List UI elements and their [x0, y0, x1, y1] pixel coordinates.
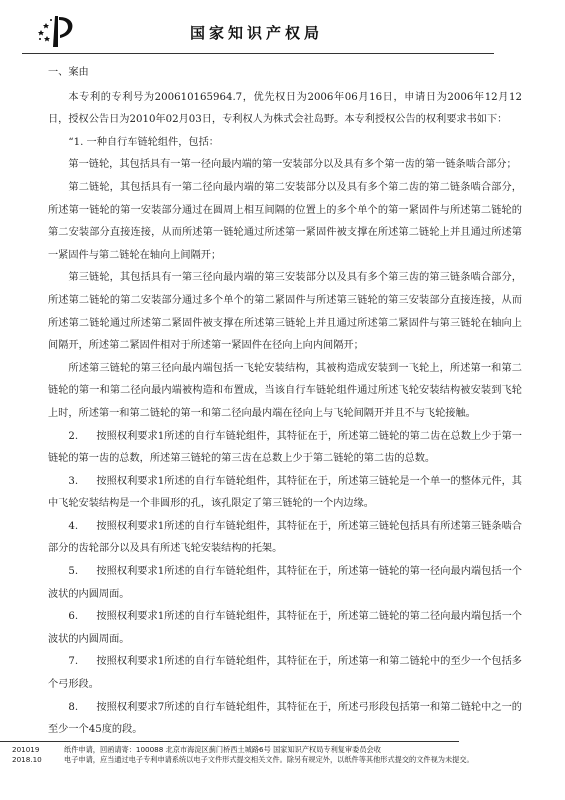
footer-row-electronic: 2018.10 电子申请，应当通过电子专利申请系统以电子文件形式提交相关文件。除…: [12, 755, 557, 765]
claim-3: 3.按照权利要求1所述的自行车链轮组件，其特征在于，所述第三链轮是一个单一的整体…: [48, 471, 522, 516]
claim-5: 5.按照权利要求1所述的自行车链轮组件，其特征在于，所述第一链轮的第一径向最内端…: [48, 561, 522, 606]
claim-text: 按照权利要求1所述的自行车链轮组件，其特征在于，所述第二链轮的第二径向最内端包括…: [48, 611, 522, 645]
intro-paragraph: 本专利的专利号为200610165964.7，优先权日为2006年06月16日，…: [48, 87, 522, 132]
page-header: 国家知识产权局: [0, 0, 565, 56]
claim-1-element-d: 所述第三链轮的第三径向最内端包括一飞轮安装结构，其被构造成安装到一飞轮上，所述第…: [48, 358, 522, 426]
claim-number: 4.: [68, 516, 96, 539]
claim-1-element-b: 第二链轮，其包括具有一第二径向最内端的第二安装部分以及具有多个第二齿的第二链条啮…: [48, 177, 522, 267]
section-heading: 一、案由: [48, 62, 522, 85]
footer-divider: [0, 741, 459, 742]
claim-number: 3.: [68, 471, 96, 494]
claim-text: 按照权利要求1所述的自行车链轮组件，其特征在于，所述第三链轮包括具有所述第三链条…: [48, 521, 522, 555]
claim-number: 2.: [68, 426, 96, 449]
claim-text: 按照权利要求1所述的自行车链轮组件，其特征在于，所述第一链轮的第一径向最内端包括…: [48, 566, 522, 600]
claim-text: 按照权利要求1所述的自行车链轮组件，其特征在于，所述第三链轮是一个单一的整体元件…: [48, 476, 522, 510]
claim-4: 4.按照权利要求1所述的自行车链轮组件，其特征在于，所述第三链轮包括具有所述第三…: [48, 516, 522, 561]
claim-number: 6.: [68, 606, 96, 629]
claim-number: 7.: [68, 651, 96, 674]
claim-1-element-c: 第三链轮，其包括具有一第三径向最内端的第三安装部分以及具有多个第三齿的第三链条啮…: [48, 267, 522, 357]
claim-number: 5.: [68, 561, 96, 584]
claim-text: 按照权利要求1所述的自行车链轮组件，其特征在于，所述第一和第二链轮中的至少一个包…: [48, 656, 522, 690]
claim-1-title: “1. 一种自行车链轮组件，包括：: [48, 132, 522, 155]
claim-8: 8.按照权利要求7所述的自行车链轮组件，其特征在于，所述弓形段包括第一和第二链轮…: [48, 697, 522, 742]
footer-row-paper: 201019 纸件申请，回函请寄：100088 北京市海淀区蓟门桥西土城路6号 …: [12, 745, 557, 755]
footer-paper-note: 纸件申请，回函请寄：100088 北京市海淀区蓟门桥西土城路6号 国家知识产权局…: [64, 745, 557, 755]
document-body: 一、案由 本专利的专利号为200610165964.7，优先权日为2006年06…: [48, 62, 522, 742]
page-footer: 201019 纸件申请，回函请寄：100088 北京市海淀区蓟门桥西土城路6号 …: [12, 745, 557, 764]
footer-version: 2018.10: [12, 755, 64, 765]
footer-electronic-note: 电子申请，应当通过电子专利申请系统以电子文件形式提交相关文件。除另有规定外，以纸…: [64, 755, 557, 765]
claim-2: 2.按照权利要求1所述的自行车链轮组件，其特征在于，所述第二链轮的第二齿在总数上…: [48, 426, 522, 471]
header-divider: [22, 53, 494, 54]
claim-number: 8.: [68, 697, 96, 720]
claim-1-element-a: 第一链轮，其包括具有一第一径向最内端的第一安装部分以及具有多个第一齿的第一链条啮…: [48, 154, 522, 177]
footer-form-code: 201019: [12, 745, 64, 755]
claim-text: 按照权利要求1所述的自行车链轮组件，其特征在于，所述第二链轮的第二齿在总数上少于…: [48, 431, 522, 465]
claim-7: 7.按照权利要求1所述的自行车链轮组件，其特征在于，所述第一和第二链轮中的至少一…: [48, 651, 522, 696]
cnipa-logo-icon: [36, 14, 82, 48]
claim-6: 6.按照权利要求1所述的自行车链轮组件，其特征在于，所述第二链轮的第二径向最内端…: [48, 606, 522, 651]
org-title: 国家知识产权局: [190, 22, 323, 43]
claim-text: 按照权利要求7所述的自行车链轮组件，其特征在于，所述弓形段包括第一和第二链轮中之…: [48, 702, 522, 736]
